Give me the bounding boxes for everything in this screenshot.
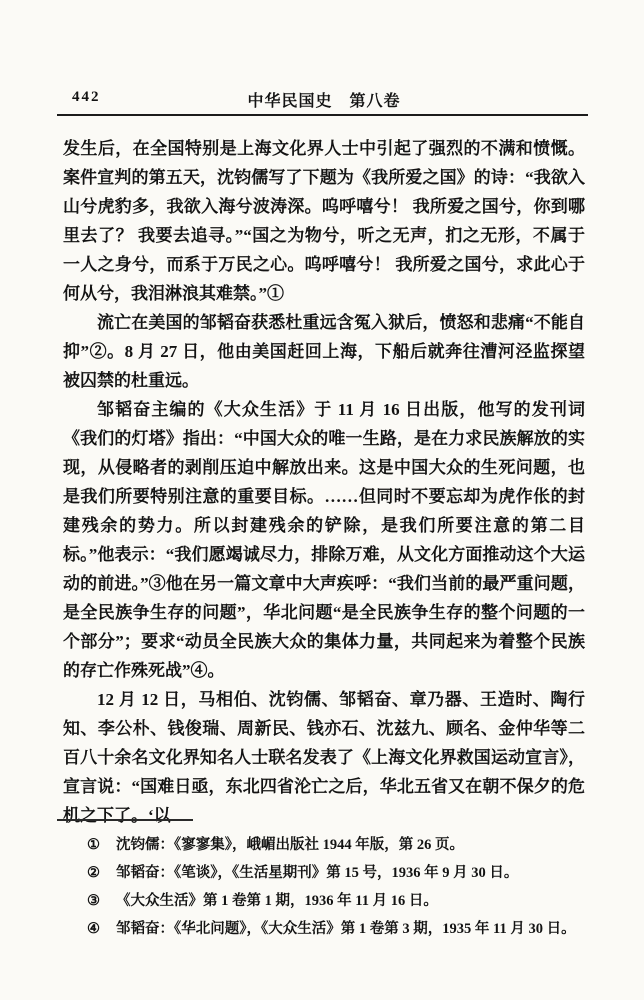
paragraph-3: 邹韬奋主编的《大众生活》于 11 月 16 日出版，他写的发刊词《我们的灯塔》指… <box>63 395 585 685</box>
footnote-text: 《大众生活》第 1 卷第 1 期，1936 年 11 月 16 日。 <box>116 887 588 915</box>
footnote-item: ② 邹韬奋：《笔谈》，《生活星期刊》第 15 号，1936 年 9 月 30 日… <box>63 859 588 887</box>
paragraph-2: 流亡在美国的邹韬奋获悉杜重远含冤入狱后，愤怒和悲痛“不能自抑”②。8 月 27 … <box>63 308 585 395</box>
page-number: 442 <box>72 89 101 106</box>
footnote-separator <box>57 819 193 821</box>
footnote-item: ④ 邹韬奋：《华北问题》，《大众生活》第 1 卷第 3 期，1935 年 11 … <box>63 915 588 943</box>
footnote-item: ① 沈钧儒：《寥寥集》，峨嵋出版社 1944 年版，第 26 页。 <box>63 831 588 859</box>
footnote-marker: ① <box>87 831 116 859</box>
body-text: 发生后，在全国特别是上海文化界人士中引起了强烈的不满和愤慨。案件宣判的第五天，沈… <box>63 134 585 830</box>
footnote-text: 沈钧儒：《寥寥集》，峨嵋出版社 1944 年版，第 26 页。 <box>116 831 588 859</box>
footnotes: ① 沈钧儒：《寥寥集》，峨嵋出版社 1944 年版，第 26 页。 ② 邹韬奋：… <box>63 831 588 943</box>
footnote-marker: ③ <box>87 887 116 915</box>
page-header: 442 中华民国史 第八卷 <box>63 88 585 110</box>
book-title: 中华民国史 第八卷 <box>63 88 585 111</box>
paragraph-1: 发生后，在全国特别是上海文化界人士中引起了强烈的不满和愤慨。案件宣判的第五天，沈… <box>63 134 585 308</box>
footnote-marker: ② <box>87 859 116 887</box>
footnote-text: 邹韬奋：《笔谈》，《生活星期刊》第 15 号，1936 年 9 月 30 日。 <box>116 859 588 887</box>
footnote-text: 邹韬奋：《华北问题》，《大众生活》第 1 卷第 3 期，1935 年 11 月 … <box>116 915 588 943</box>
footnote-item: ③ 《大众生活》第 1 卷第 1 期，1936 年 11 月 16 日。 <box>63 887 588 915</box>
paragraph-4: 12 月 12 日，马相伯、沈钧儒、邹韬奋、章乃器、王造时、陶行知、李公朴、钱俊… <box>63 685 585 830</box>
footnote-marker: ④ <box>87 915 116 943</box>
header-rule <box>57 114 588 116</box>
book-page: 442 中华民国史 第八卷 发生后，在全国特别是上海文化界人士中引起了强烈的不满… <box>0 0 644 1000</box>
